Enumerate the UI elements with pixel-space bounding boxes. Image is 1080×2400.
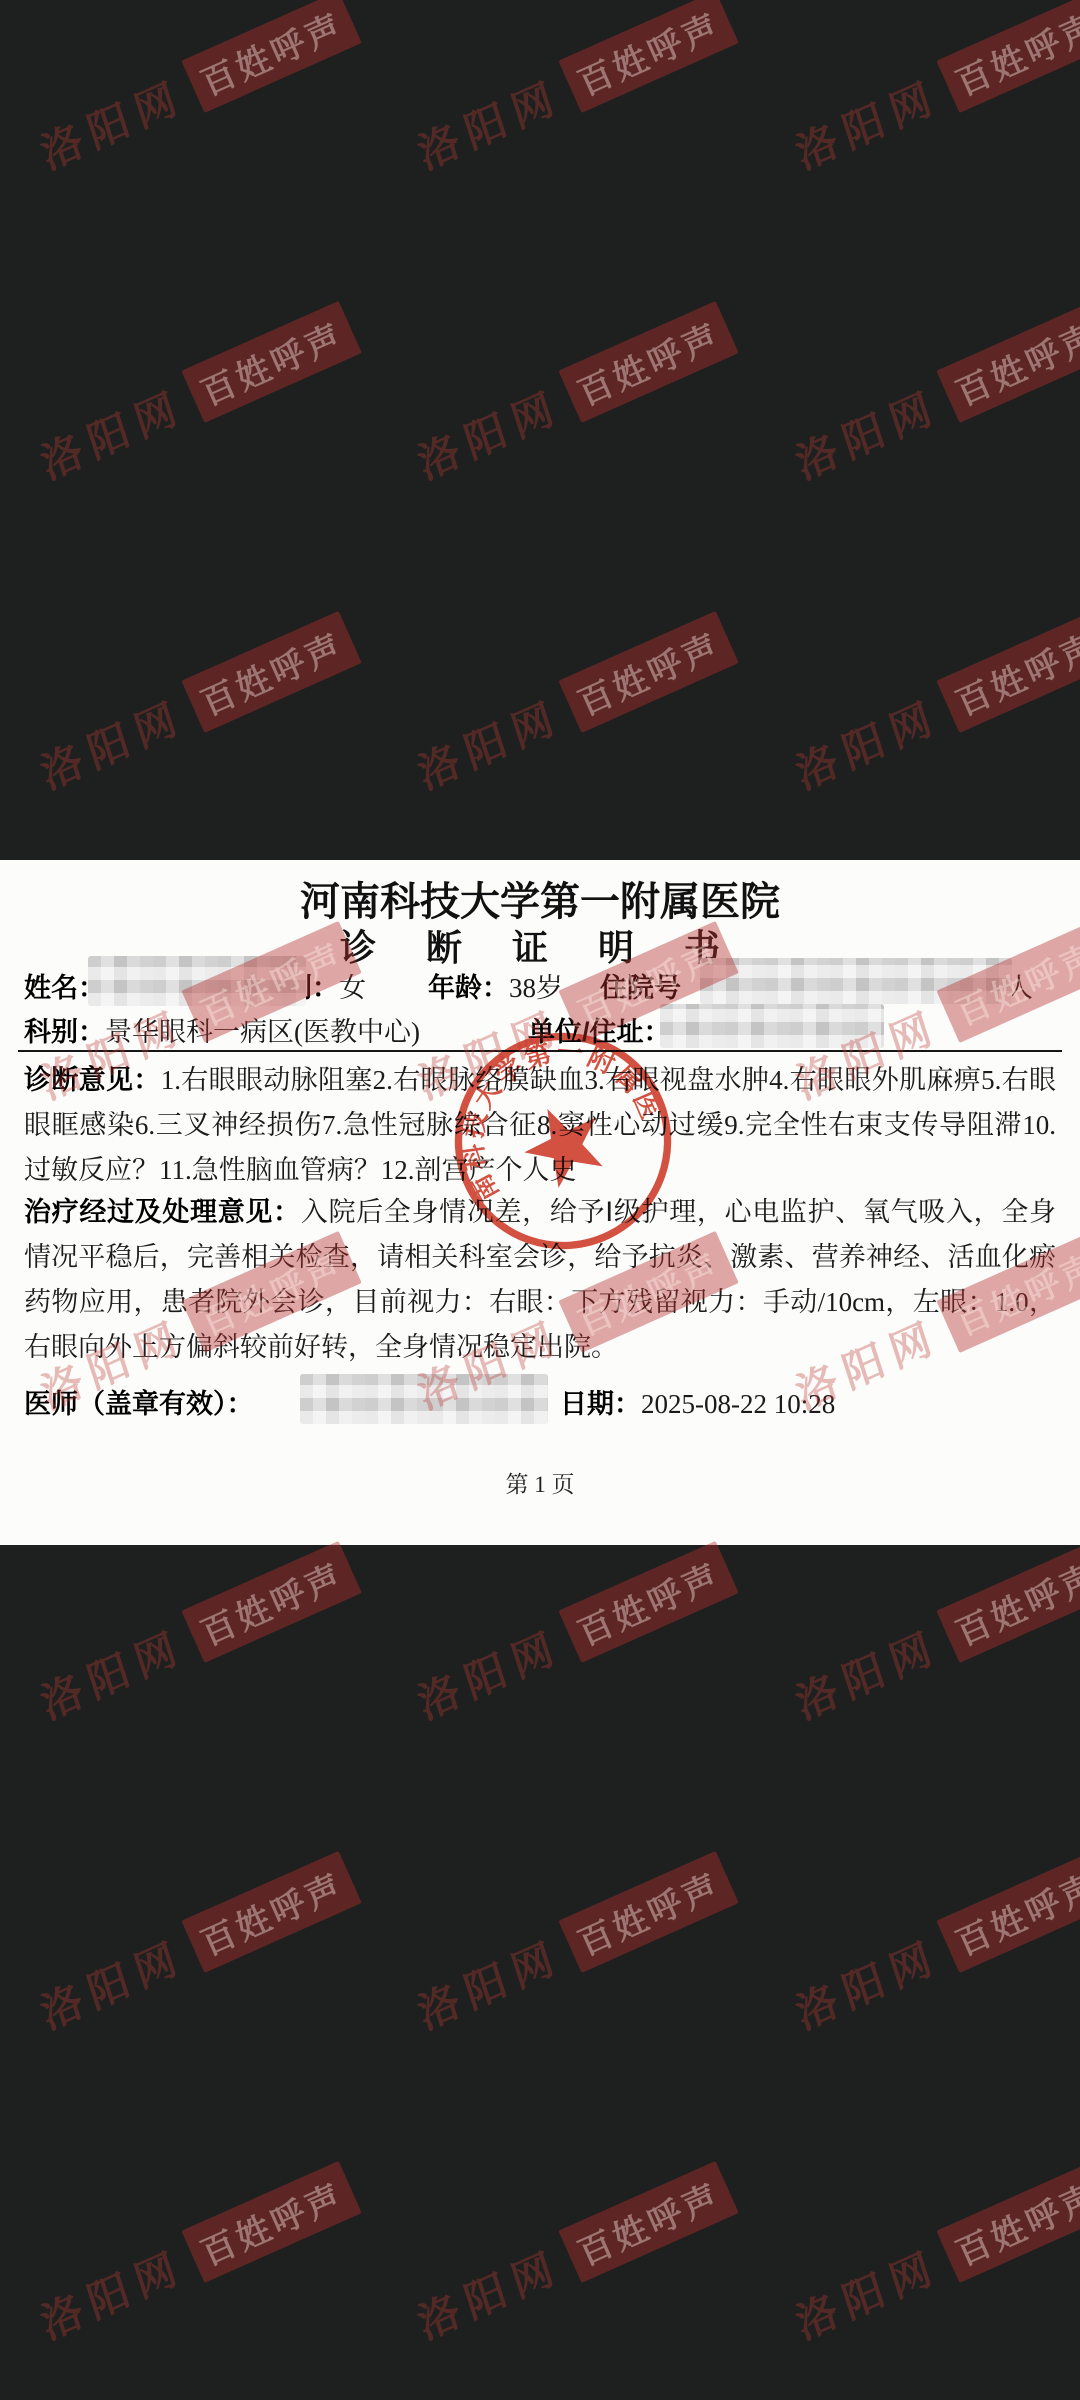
date-label: 日期： xyxy=(560,1389,641,1419)
page-number: 第 1 页 xyxy=(0,1466,1080,1499)
watermark-script-text: 洛阳网 xyxy=(410,683,568,803)
watermark-badge-text: 百姓呼声 xyxy=(181,1540,361,1662)
watermark-badge-text: 百姓呼声 xyxy=(558,0,738,112)
redacted-doctor-name xyxy=(300,1374,548,1424)
treatment-label: 治疗经过及处理意见： xyxy=(24,1197,301,1227)
watermark-script-text: 洛阳网 xyxy=(33,1613,191,1733)
doctor-label: 医师（盖章有效）： xyxy=(24,1389,254,1419)
watermark-badge-text: 百姓呼声 xyxy=(181,1850,361,1972)
watermark-badge-text: 百姓呼声 xyxy=(181,0,361,112)
watermark-script-text: 洛阳网 xyxy=(410,2233,568,2353)
age-value: 38岁 xyxy=(509,973,563,1003)
watermark-script-text: 洛阳网 xyxy=(33,1923,191,2043)
watermark: 洛阳网百姓呼声 xyxy=(785,1849,1080,2041)
watermark: 洛阳网百姓呼声 xyxy=(407,609,739,801)
field-department: 科别：景华眼科一病区(医教中心) xyxy=(24,1010,420,1049)
department-label: 科别： xyxy=(24,1017,105,1047)
watermark: 洛阳网百姓呼声 xyxy=(407,2159,739,2351)
field-date: 日期：2025-08-22 10:28 xyxy=(560,1382,835,1421)
redacted-address xyxy=(660,1004,884,1048)
watermark-script-text: 洛阳网 xyxy=(788,1923,946,2043)
watermark: 洛阳网百姓呼声 xyxy=(785,609,1080,801)
watermark-badge-text: 百姓呼声 xyxy=(181,2160,361,2282)
watermark-badge-text: 百姓呼声 xyxy=(558,610,738,732)
watermark: 洛阳网百姓呼声 xyxy=(407,299,739,491)
date-value: 2025-08-22 10:28 xyxy=(641,1389,835,1419)
watermark: 洛阳网百姓呼声 xyxy=(30,299,362,491)
watermark: 洛阳网百姓呼声 xyxy=(407,0,739,181)
watermark-badge-text: 百姓呼声 xyxy=(181,300,361,422)
watermark: 洛阳网百姓呼声 xyxy=(30,1539,362,1731)
watermark-script-text: 洛阳网 xyxy=(788,1613,946,1733)
watermark-script-text: 洛阳网 xyxy=(33,373,191,493)
watermark-script-text: 洛阳网 xyxy=(410,1613,568,1733)
watermark-script-text: 洛阳网 xyxy=(788,683,946,803)
watermark-badge-text: 百姓呼声 xyxy=(558,1540,738,1662)
redacted-patient-name xyxy=(88,956,306,1006)
field-doctor: 医师（盖章有效）： xyxy=(24,1382,254,1421)
watermark-script-text: 洛阳网 xyxy=(788,2233,946,2353)
watermark-badge-text: 百姓呼声 xyxy=(936,610,1080,732)
gender-value: 女 xyxy=(339,973,366,1003)
watermark-script-text: 洛阳网 xyxy=(410,1923,568,2043)
watermark: 洛阳网百姓呼声 xyxy=(407,1849,739,2041)
watermark: 洛阳网百姓呼声 xyxy=(30,2159,362,2351)
watermark-badge-text: 百姓呼声 xyxy=(558,2160,738,2282)
watermark-script-text: 洛阳网 xyxy=(33,683,191,803)
watermark-badge-text: 百姓呼声 xyxy=(936,1540,1080,1662)
watermark: 洛阳网百姓呼声 xyxy=(785,0,1080,181)
watermark: 洛阳网百姓呼声 xyxy=(785,299,1080,491)
watermark-script-text: 洛阳网 xyxy=(788,373,946,493)
watermark-script-text: 洛阳网 xyxy=(788,63,946,183)
watermark-badge-text: 百姓呼声 xyxy=(558,300,738,422)
watermark: 洛阳网百姓呼声 xyxy=(785,1539,1080,1731)
redacted-admission-no xyxy=(700,958,1012,1004)
watermark-badge-text: 百姓呼声 xyxy=(558,1850,738,1972)
stamp-star-icon xyxy=(512,1092,617,1195)
watermark-badge-text: 百姓呼声 xyxy=(181,610,361,732)
watermark-script-text: 洛阳网 xyxy=(410,373,568,493)
age-label: 年龄： xyxy=(428,973,509,1003)
watermark-badge-text: 百姓呼声 xyxy=(936,1850,1080,1972)
watermark-badge-text: 百姓呼声 xyxy=(936,0,1080,112)
watermark: 洛阳网百姓呼声 xyxy=(30,609,362,801)
watermark: 洛阳网百姓呼声 xyxy=(407,1539,739,1731)
field-age: 年龄：38岁 xyxy=(428,966,563,1005)
watermark: 洛阳网百姓呼声 xyxy=(785,2159,1080,2351)
photo-viewer-background: 河南科技大学第一附属医院 诊 断 证 明 书 姓名： 性别：女 年龄：38岁 住… xyxy=(0,0,1080,2400)
watermark-badge-text: 百姓呼声 xyxy=(936,2160,1080,2282)
department-value: 景华眼科一病区(医教中心) xyxy=(105,1017,420,1047)
diagnosis-label: 诊断意见： xyxy=(24,1065,161,1095)
watermark-script-text: 洛阳网 xyxy=(33,2233,191,2353)
watermark-script-text: 洛阳网 xyxy=(410,63,568,183)
hospital-name: 河南科技大学第一附属医院 xyxy=(0,870,1080,927)
watermark-script-text: 洛阳网 xyxy=(33,63,191,183)
watermark: 洛阳网百姓呼声 xyxy=(30,0,362,181)
watermark-badge-text: 百姓呼声 xyxy=(936,300,1080,422)
watermark: 洛阳网百姓呼声 xyxy=(30,1849,362,2041)
